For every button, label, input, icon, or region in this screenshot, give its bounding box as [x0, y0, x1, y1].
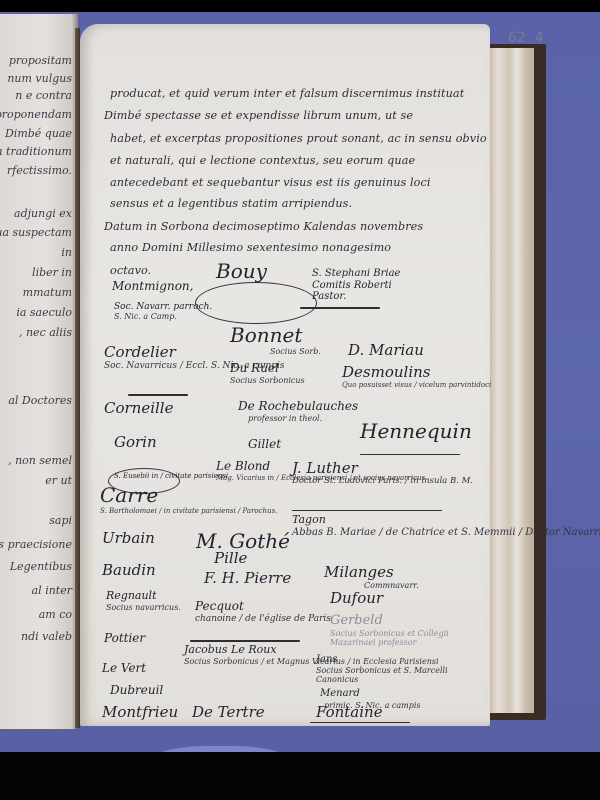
signature: Corneille [104, 400, 174, 417]
left-line: er ut [45, 474, 72, 487]
signature: Regnault Socius navarricus. [106, 590, 181, 612]
body-line: habet, et excerptas propositiones prout … [110, 132, 487, 145]
left-line: al inter [32, 584, 72, 597]
signature: Gillet [248, 438, 281, 452]
signature: Desmoulins Quo posuisset visus / vicelum… [342, 364, 491, 389]
signature: Pecquot chanoine / de l'église de Paris [195, 600, 331, 624]
signature: F. H. Pierre [204, 570, 291, 587]
signature: J. Luther Doctor St. Ludovici Paris. / i… [292, 460, 473, 487]
left-line: liber in [32, 266, 72, 279]
signature: Gerbeld Socius Sorbonicus et Collegii Ma… [330, 614, 460, 647]
signature: Gorin [114, 434, 157, 451]
signature: Carre S. Bartholomaei / in civitate pari… [100, 484, 277, 515]
rule [190, 640, 300, 642]
rule [310, 722, 410, 723]
signature: S. Eusebii in / civitate parisiensi [114, 472, 228, 480]
top-black-band [0, 0, 600, 12]
signature: Jans Socius Sorbonicus et S. Marcelli Ca… [316, 654, 456, 684]
signature: Bonnet Socius Sorb. [230, 324, 321, 356]
signature: S. Stephani Briae Comitis Roberti Pastor… [312, 268, 402, 303]
left-line: rfectissimo. [7, 164, 72, 177]
rule [128, 394, 188, 396]
left-line: Legentibus [10, 560, 72, 573]
signature: Bouy [216, 260, 267, 283]
left-page: propositam num vulgus n e contra e propo… [0, 14, 78, 729]
left-line: es praecisione [0, 538, 72, 551]
body-line: Datum in Sorbona decimoseptimo Kalendas … [104, 220, 423, 233]
signature: Fontaine [316, 704, 383, 721]
left-line: am co [39, 608, 72, 621]
left-line: am traditionum [0, 145, 72, 158]
left-line: sapi [49, 514, 72, 527]
signature: De Rochebulauches professor in theol. [238, 400, 358, 423]
left-line: , nec aliis [19, 326, 72, 339]
left-line: in [61, 246, 72, 259]
left-line: Dimbé quae [5, 127, 72, 140]
signature: Tagon Abbas B. Mariae / de Chatrice et S… [292, 514, 600, 538]
bottom-black-band [0, 752, 600, 800]
left-line: n e contra [15, 89, 72, 102]
signature: Montfrieu [102, 704, 178, 721]
left-line: al Doctores [8, 394, 72, 407]
signature: Urbain [102, 530, 155, 547]
body-line: antecedebant et sequebantur visus est ii… [110, 176, 431, 189]
signature: Baudin [102, 562, 156, 579]
right-page: 62 4 producat, et quid verum inter et fa… [80, 24, 490, 726]
left-line: adjungi ex [14, 207, 72, 220]
body-line: octavo. [110, 264, 151, 277]
body-line: sensus et a legentibus statim arripiendu… [110, 197, 352, 210]
signature-flourish [195, 282, 317, 324]
left-line: e proponendam [0, 108, 72, 121]
signature: Du Ruel Socius Sorbonicus [230, 362, 305, 385]
signature: Dubreuil [110, 684, 163, 698]
signature: Montmignon, [112, 280, 193, 294]
left-line: mmatum [23, 286, 72, 299]
signature: Hennequin [360, 420, 472, 443]
left-line: ndi valeb [21, 630, 72, 643]
rule [360, 454, 460, 455]
folio-number: 62 4 [508, 30, 544, 46]
signature: D. Mariau [348, 342, 424, 359]
signature: Pille [214, 550, 247, 567]
left-line: num vulgus [7, 72, 72, 85]
left-line: ia saeculo [16, 306, 72, 319]
body-line: anno Domini Millesimo sexentesimo nonage… [110, 241, 391, 254]
signature: Le Vert [102, 662, 146, 676]
body-line: producat, et quid verum inter et falsum … [110, 87, 464, 100]
rule [292, 510, 442, 511]
signature: Milanges Commnavarr. [324, 564, 419, 590]
body-line: Dimbé spectasse se et expendisse librum … [104, 109, 413, 122]
rule [300, 307, 380, 309]
signature: Pottier [104, 632, 145, 646]
left-line: propositam [9, 54, 72, 67]
left-line: , non semel [8, 454, 72, 467]
signature: De Tertre [192, 704, 265, 721]
signature: Dufour [330, 590, 383, 607]
left-line: qua suspectam [0, 226, 72, 239]
body-line: et naturali, qui e lectione contextus, s… [110, 154, 415, 167]
